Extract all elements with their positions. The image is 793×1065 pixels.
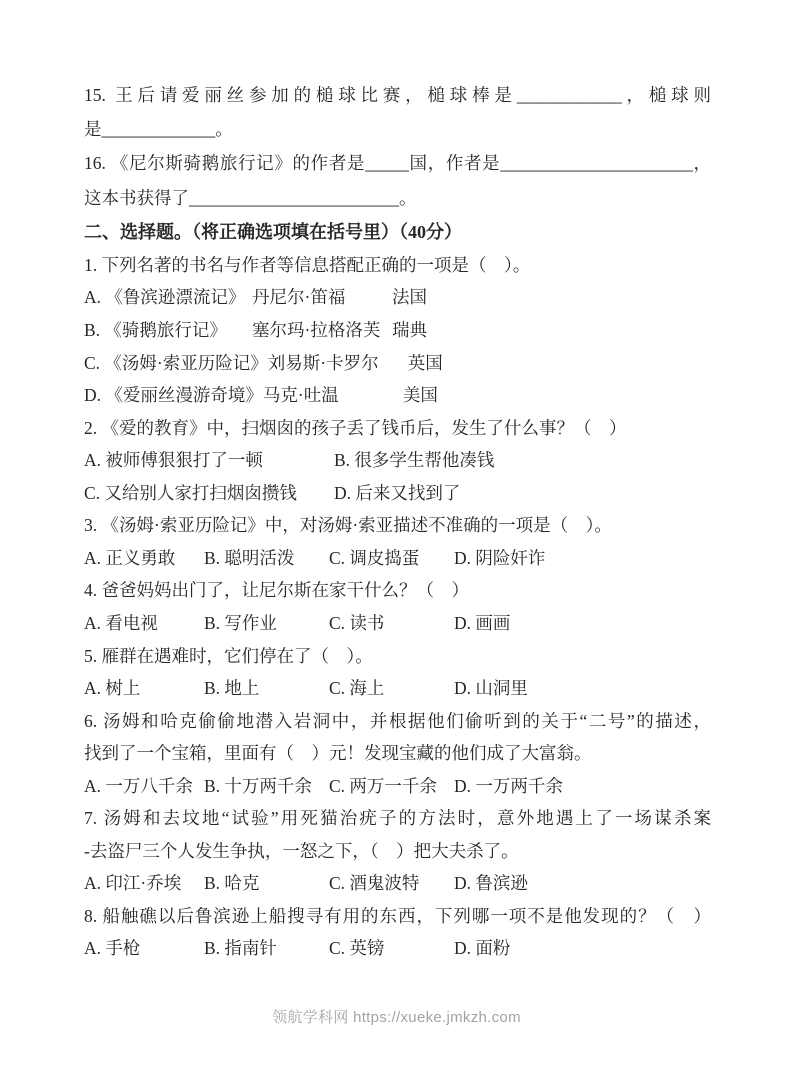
q1-option-d: D. 《爱丽丝漫游奇境》 马克·吐温 美国 — [84, 379, 711, 412]
book-title: C. 《汤姆·索亚历险记》 — [84, 347, 268, 380]
test-paper-page: 15. 王后请爱丽丝参加的槌球比赛，槌球棒是____________，槌球则 是… — [0, 0, 793, 1065]
option-a: A. 一万八千余 — [84, 770, 204, 803]
q2-options-row1: A. 被师傅狠狠打了一顿 B. 很多学生帮他凑钱 — [84, 444, 711, 477]
book-author: 塞尔玛·拉格洛芙 — [252, 314, 392, 347]
q6-stem-line2: 找到了一个宝箱，里面有（ ）元！发现宝藏的他们成了大富翁。 — [84, 737, 711, 770]
q1-option-b: B. 《骑鹅旅行记》 塞尔玛·拉格洛芙 瑞典 — [84, 314, 711, 347]
q1-stem: 1. 下列名著的书名与作者等信息搭配正确的一项是（ ）。 — [84, 249, 711, 282]
q16-stem-line1: 16. 《尼尔斯骑鹅旅行记》的作者是_____国，作者是____________… — [84, 146, 711, 180]
q3-options-row: A. 正义勇敢 B. 聪明活泼 C. 调皮捣蛋 D. 阴险奸诈 — [84, 542, 711, 575]
option-b: B. 哈克 — [204, 867, 329, 900]
option-c: C. 酒鬼波特 — [329, 867, 454, 900]
q5-options-row: A. 树上 B. 地上 C. 海上 D. 山洞里 — [84, 672, 711, 705]
option-a: A. 手枪 — [84, 932, 204, 965]
q4-options-row: A. 看电视 B. 写作业 C. 读书 D. 画画 — [84, 607, 711, 640]
book-country: 英国 — [408, 347, 711, 380]
option-c: C. 又给别人家打扫烟囱攒钱 — [84, 477, 334, 510]
option-b: B. 聪明活泼 — [204, 542, 329, 575]
option-a: A. 正义勇敢 — [84, 542, 204, 575]
q15-stem-line2: 是_____________。 — [84, 112, 711, 146]
book-country: 瑞典 — [392, 314, 711, 347]
option-a: A. 看电视 — [84, 607, 204, 640]
book-title: D. 《爱丽丝漫游奇境》 — [84, 379, 263, 412]
option-c: C. 两万一千余 — [329, 770, 454, 803]
book-author: 丹尼尔·笛福 — [252, 281, 392, 314]
q8-stem: 8. 船触礁以后鲁滨逊上船搜寻有用的东西，下列哪一项不是他发现的？（ ） — [84, 900, 711, 933]
book-author: 马克·吐温 — [263, 379, 403, 412]
q8-options-row: A. 手枪 B. 指南针 C. 英镑 D. 面粉 — [84, 932, 711, 965]
q3-stem: 3. 《汤姆·索亚历险记》中，对汤姆·索亚描述不准确的一项是（ ）。 — [84, 509, 711, 542]
paper-content: 15. 王后请爱丽丝参加的槌球比赛，槌球棒是____________，槌球则 是… — [84, 78, 711, 965]
option-c: C. 调皮捣蛋 — [329, 542, 454, 575]
footer-watermark: 领航学科网 https://xueke.jmkzh.com — [0, 1006, 793, 1027]
q16-stem-line2: 这本书获得了________________________。 — [84, 181, 711, 215]
q7-options-row: A. 印江·乔埃 B. 哈克 C. 酒鬼波特 D. 鲁滨逊 — [84, 867, 711, 900]
book-country: 美国 — [403, 379, 711, 412]
option-c: C. 英镑 — [329, 932, 454, 965]
option-d: D. 阴险奸诈 — [454, 542, 711, 575]
q6-options-row: A. 一万八千余 B. 十万两千余 C. 两万一千余 D. 一万两千余 — [84, 770, 711, 803]
book-country: 法国 — [392, 281, 711, 314]
option-a: A. 树上 — [84, 672, 204, 705]
option-a: A. 印江·乔埃 — [84, 867, 204, 900]
option-d: D. 山洞里 — [454, 672, 711, 705]
option-d: D. 面粉 — [454, 932, 711, 965]
q2-stem: 2. 《爱的教育》中，扫烟囱的孩子丢了钱币后，发生了什么事？（ ） — [84, 412, 711, 445]
option-c: C. 海上 — [329, 672, 454, 705]
q5-stem: 5. 雁群在遇难时，它们停在了（ ）。 — [84, 640, 711, 673]
q4-stem: 4. 爸爸妈妈出门了，让尼尔斯在家干什么？（ ） — [84, 574, 711, 607]
q15-stem-line1: 15. 王后请爱丽丝参加的槌球比赛，槌球棒是____________，槌球则 — [84, 78, 711, 112]
option-b: B. 写作业 — [204, 607, 329, 640]
footer-watermark-text: 领航学科网 https://xueke.jmkzh.com — [272, 1009, 521, 1026]
option-a: A. 被师傅狠狠打了一顿 — [84, 444, 334, 477]
book-title: A. 《鲁滨逊漂流记》 — [84, 281, 252, 314]
book-title: B. 《骑鹅旅行记》 — [84, 314, 252, 347]
q7-stem-line1: 7. 汤姆和去坟地“试验”用死猫治疣子的方法时，意外地遇上了一场谋杀案 — [84, 802, 711, 835]
option-d: D. 一万两千余 — [454, 770, 711, 803]
section2-heading: 二、选择题。（将正确选项填在括号里）（40分） — [84, 215, 711, 249]
book-author: 刘易斯·卡罗尔 — [268, 347, 408, 380]
option-d: D. 鲁滨逊 — [454, 867, 711, 900]
q1-option-c: C. 《汤姆·索亚历险记》 刘易斯·卡罗尔 英国 — [84, 347, 711, 380]
option-b: B. 很多学生帮他凑钱 — [334, 444, 711, 477]
q2-options-row2: C. 又给别人家打扫烟囱攒钱 D. 后来又找到了 — [84, 477, 711, 510]
option-b: B. 十万两千余 — [204, 770, 329, 803]
option-d: D. 画画 — [454, 607, 711, 640]
option-d: D. 后来又找到了 — [334, 477, 711, 510]
option-b: B. 指南针 — [204, 932, 329, 965]
option-c: C. 读书 — [329, 607, 454, 640]
q1-option-a: A. 《鲁滨逊漂流记》 丹尼尔·笛福 法国 — [84, 281, 711, 314]
option-b: B. 地上 — [204, 672, 329, 705]
q7-stem-line2: -去盗尸三个人发生争执，一怒之下，（ ）把大夫杀了。 — [84, 835, 711, 868]
q6-stem-line1: 6. 汤姆和哈克偷偷地潜入岩洞中，并根据他们偷听到的关于“二号”的描述， — [84, 705, 711, 738]
